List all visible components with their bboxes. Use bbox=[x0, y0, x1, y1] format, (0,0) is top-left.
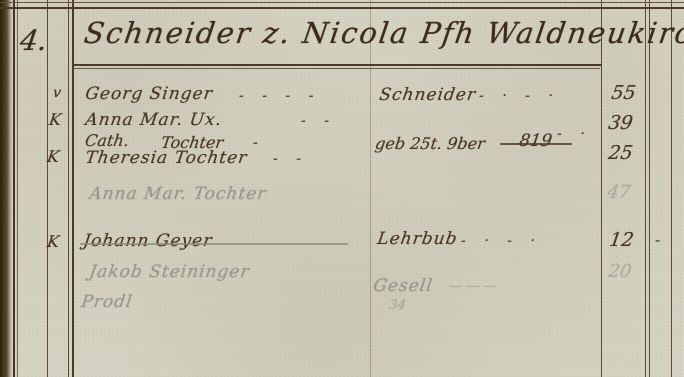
header-underline bbox=[74, 68, 600, 69]
row-mark: K bbox=[46, 147, 61, 166]
register-page: 4. Schneider z. Nicola Pfh Waldneukirche… bbox=[0, 0, 684, 377]
person-name: Anna Mar. Ux. bbox=[84, 110, 223, 130]
name-dashes: - - bbox=[272, 151, 309, 167]
top-rule bbox=[0, 2, 684, 3]
birth-note: geb 25t. 9ber bbox=[374, 134, 486, 153]
person-name: Prodl bbox=[80, 292, 134, 312]
row-note: 34 bbox=[388, 298, 407, 313]
name-dashes: - - bbox=[300, 113, 337, 129]
name-dashes: - bbox=[252, 135, 266, 151]
column-rule bbox=[68, 0, 69, 377]
header-underline bbox=[72, 64, 602, 66]
entry-title: Schneider z. Nicola Pfh Waldneukirchen. bbox=[82, 16, 684, 50]
birth-year-stroke bbox=[500, 143, 572, 145]
column-rule bbox=[649, 0, 650, 377]
column-rule bbox=[370, 0, 371, 377]
person-name: Jakob Steininger bbox=[88, 262, 251, 282]
page-edge-shadow bbox=[0, 0, 12, 377]
occupation: Lehrbub bbox=[376, 229, 459, 249]
occupation-dashes: - · - · bbox=[460, 233, 543, 249]
column-rule bbox=[47, 0, 48, 377]
row-mark: K bbox=[46, 232, 61, 251]
top-rule bbox=[0, 7, 684, 9]
occupation-dashes: - · - · bbox=[478, 88, 561, 104]
row-mark: v bbox=[52, 85, 62, 101]
row-mark: K bbox=[48, 110, 63, 129]
age-value: 12 bbox=[608, 229, 635, 251]
person-name: Anna Mar. Tochter bbox=[88, 184, 268, 204]
column-rule bbox=[13, 0, 15, 377]
person-name: Georg Singer bbox=[84, 84, 214, 104]
strikethrough-line bbox=[80, 243, 348, 245]
column-rule bbox=[671, 0, 672, 377]
occupation: Gesell bbox=[372, 276, 434, 296]
person-name: Johann Geyer bbox=[82, 231, 214, 251]
age-dash: - bbox=[654, 231, 662, 249]
person-name: Theresia Tochter bbox=[84, 148, 249, 168]
note-dashes: - · bbox=[556, 126, 593, 142]
column-rule bbox=[72, 0, 74, 377]
column-rule bbox=[645, 0, 646, 377]
age-value: 39 bbox=[607, 112, 634, 134]
age-value: 47 bbox=[606, 182, 632, 203]
age-value: 25 bbox=[607, 142, 634, 164]
entry-number: 4. bbox=[18, 24, 49, 57]
column-rule bbox=[601, 0, 602, 377]
occupation-dash: ——— bbox=[448, 278, 501, 294]
age-value: 20 bbox=[607, 261, 633, 282]
age-value: 55 bbox=[610, 82, 637, 104]
occupation: Schneider bbox=[378, 85, 477, 105]
birth-year: 819 bbox=[518, 131, 553, 151]
name-dashes: - - - - bbox=[238, 88, 322, 104]
